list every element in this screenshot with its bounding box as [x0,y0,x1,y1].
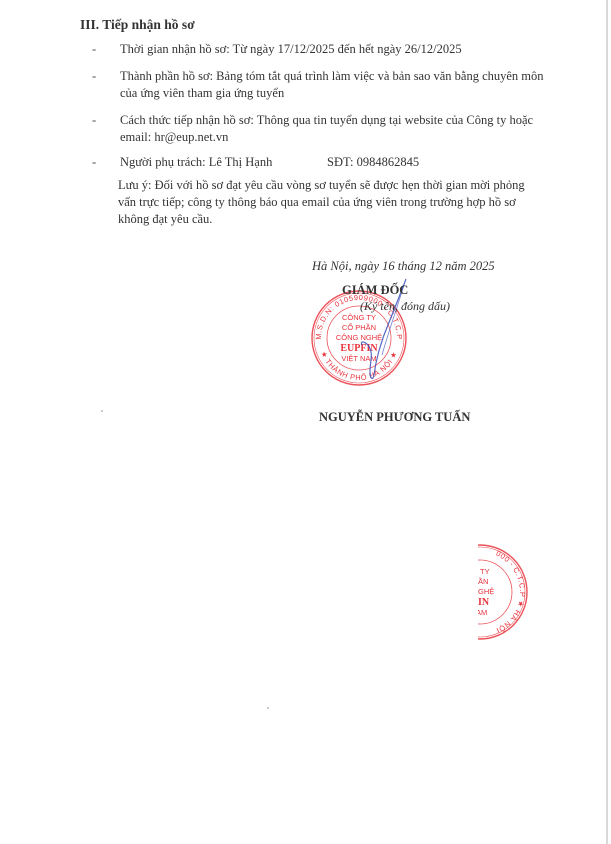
partial-stamp-line-1: TY [480,567,490,576]
partial-stamp-clip: 000 - C.T.C.P ★ HÀ NỘI TY ẦN GHỆ IN AM [478,542,548,642]
bullet-contact-person: Người phụ trách: Lê Thị Hạnh [120,155,272,170]
bullet-method-text: Cách thức tiếp nhận hồ sơ: Thông qua tin… [120,113,533,128]
note-line-1: Lưu ý: Đối với hồ sơ đạt yêu cầu vòng sơ… [118,178,525,193]
bullet-time-text: Thời gian nhận hồ sơ: Từ ngày 17/12/2025… [120,42,462,57]
bullet-dash: - [92,69,96,84]
bullet-documents-text-cont: của ứng viên tham gia ứng tuyển [120,86,284,101]
document-page: III. Tiếp nhận hồ sơ - Thời gian nhận hồ… [0,0,611,844]
partial-stamp-line-4: IN [478,597,490,608]
scan-speck [101,410,103,412]
contact-phone: SĐT: 0984862845 [327,155,419,170]
place-date: Hà Nội, ngày 16 tháng 12 năm 2025 [312,259,495,274]
scan-speck [267,707,269,709]
bullet-dash: - [92,113,96,128]
partial-stamp-line-3: GHỆ [478,587,494,596]
partial-stamp-line-2: ẦN [478,576,488,586]
bullet-dash: - [92,42,96,57]
partial-stamp-ring-text: 000 - C.T.C.P ★ HÀ NỘI [495,549,527,636]
note-line-3: không đạt yêu cầu. [118,212,212,227]
partial-company-stamp: 000 - C.T.C.P ★ HÀ NỘI TY ẦN GHỆ IN AM [478,542,530,642]
signer-name: NGUYỄN PHƯƠNG TUẤN [319,410,470,425]
bullet-method-email: email: hr@eup.net.vn [120,130,228,145]
bullet-dash: - [92,155,96,170]
note-line-2: vấn trực tiếp; công ty thông báo qua ema… [118,195,516,210]
section-heading: III. Tiếp nhận hồ sơ [80,17,195,33]
svg-text:000 - C.T.C.P ★ HÀ NỘI: 000 - C.T.C.P ★ HÀ NỘI [495,549,527,636]
signer-title: GIÁM ĐỐC [342,283,408,298]
page-edge-divider [606,0,608,844]
partial-stamp-line-5: AM [478,608,487,617]
signer-subtitle: (Ký tên, đóng dấu) [360,299,450,314]
bullet-documents-text: Thành phần hồ sơ: Bảng tóm tắt quá trình… [120,69,544,84]
